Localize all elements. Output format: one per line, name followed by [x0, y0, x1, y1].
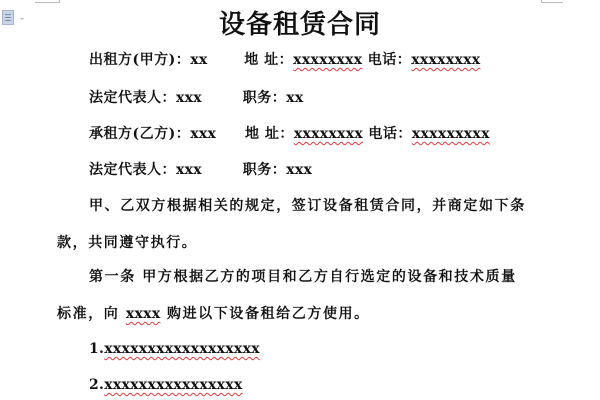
list-item-number: 2. [89, 377, 104, 393]
lessor-rep-label: 法定代表人： [89, 90, 176, 106]
preamble-line-2: 款，共同遵守执行。 [57, 232, 197, 252]
lessee-rep-line: 法定代表人：xxx 职务：xxx [89, 159, 312, 179]
list-item-number: 1. [89, 341, 104, 357]
list-item-value: xxxxxxxxxxxxxxxx [104, 377, 242, 393]
lessee-name: xxx [190, 126, 216, 142]
list-item-value: xxxxxxxxxxxxxxxxxx [104, 341, 260, 357]
lessee-label: 承租方(乙方)： [89, 126, 190, 142]
lessee-line: 承租方(乙方)：xxx 地 址：xxxxxxxx 电话：xxxxxxxxx [89, 123, 490, 143]
crop-mark-top-left-h [35, 2, 59, 3]
article1-suffix: 购进以下设备租给乙方使用。 [160, 306, 369, 322]
lessee-address-label: 地 址： [245, 126, 294, 142]
article1-line-2: 标准，向 xxxx 购进以下设备租给乙方使用。 [57, 303, 370, 323]
document-title: 设备租赁合同 [0, 4, 600, 41]
list-item: 1.xxxxxxxxxxxxxxxxxx [89, 341, 260, 357]
article1-line-1: 第一条 甲方根据乙方的项目和乙方自行选定的设备和技术质量 [89, 266, 517, 286]
lessor-label: 出租方(甲方)： [89, 52, 190, 68]
crop-mark-top-right-v [541, 0, 542, 3]
lessee-rep-name: xxx [176, 162, 202, 178]
lessor-phone: xxxxxxxx [411, 52, 480, 68]
lessor-address-label: 地 址： [244, 52, 293, 68]
lessee-rep-label: 法定代表人： [89, 162, 176, 178]
lessee-phone: xxxxxxxxx [412, 126, 490, 142]
lessor-rep-name: xxx [176, 90, 202, 106]
lessor-position-label: 职务： [243, 90, 287, 106]
lessee-phone-label: 电话： [368, 126, 412, 142]
lessor-position: xx [286, 90, 303, 106]
list-item: 2.xxxxxxxxxxxxxxxx [89, 377, 243, 393]
lessor-name: xx [190, 52, 207, 68]
article1-prefix: 标准，向 [57, 306, 126, 322]
lessee-address: xxxxxxxx [294, 126, 363, 142]
crop-mark-top-left-v [59, 0, 60, 3]
lessor-line: 出租方(甲方)：xx 地 址：xxxxxxxx 电话：xxxxxxxx [89, 49, 480, 69]
lessor-address: xxxxxxxx [293, 52, 362, 68]
lessor-phone-label: 电话： [368, 52, 412, 68]
preamble-line-1: 甲、乙双方根据相关的规定，签订设备租赁合同，并商定如下条 [89, 195, 526, 215]
supplier-name: xxxx [126, 306, 161, 322]
lessee-position-label: 职务： [243, 162, 287, 178]
lessor-rep-line: 法定代表人：xxx 职务：xx [89, 87, 304, 107]
lessee-position: xxx [286, 162, 312, 178]
crop-mark-top-right-h [541, 2, 563, 3]
